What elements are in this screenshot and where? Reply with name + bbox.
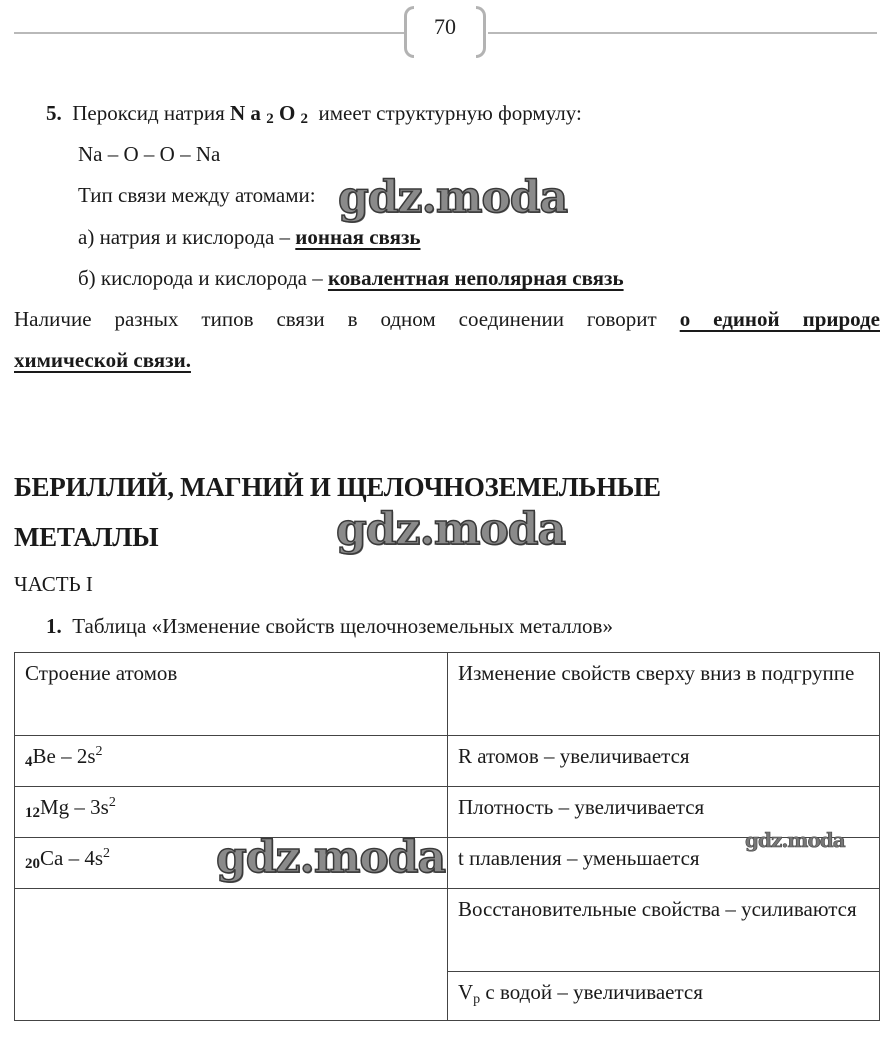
task5-statement: 5. Пероксид натрия N a 2 O 2 имеет струк… bbox=[46, 103, 582, 127]
task5-number: 5. bbox=[46, 101, 62, 125]
header-rule-left bbox=[14, 32, 406, 34]
page-header: 70 bbox=[0, 0, 893, 60]
conclusion-answer-part2: химической связи. bbox=[14, 348, 191, 372]
part-label: ЧАСТЬ I bbox=[14, 574, 93, 595]
conclusion-text: Наличие разных типов связи в одном соеди… bbox=[14, 307, 680, 331]
section-title-line2: МЕТАЛЛЫ bbox=[14, 524, 158, 551]
conclusion-line2: химической связи. bbox=[14, 350, 191, 371]
page-number-frame: 70 bbox=[404, 4, 486, 56]
header-rule-right bbox=[488, 32, 877, 34]
item-a-answer: ионная связь bbox=[295, 225, 420, 249]
task5-intro-end: имеет структурную формулу: bbox=[308, 101, 582, 125]
properties-table: Строение атомов Изменение свойств сверху… bbox=[14, 652, 880, 1021]
table-row: Восстановительные свойства – усиливаются bbox=[15, 889, 880, 972]
watermark-logo: gdz.moda bbox=[338, 176, 567, 220]
formula-na-subscript: 2 bbox=[266, 111, 274, 127]
table-cell-density: Плотность – увеличивается bbox=[448, 787, 880, 838]
table-cell-empty bbox=[15, 889, 448, 1021]
item-b-text: б) кислорода и кислорода – bbox=[78, 266, 328, 290]
formula-na: N a bbox=[230, 101, 266, 125]
table-row: 4Be – 2s2 R атомов – увеличивается bbox=[15, 736, 880, 787]
item-b: б) кислорода и кислорода – ковалентная н… bbox=[78, 268, 624, 289]
item-a: а) натрия и кислорода – ионная связь bbox=[78, 227, 421, 248]
formula-o-subscript: 2 bbox=[301, 111, 309, 127]
table-row: 20Ca – 4s2 t плавления – уменьшается bbox=[15, 838, 880, 889]
table-header-changes: Изменение свойств сверху вниз в подгрупп… bbox=[448, 653, 880, 736]
structural-formula: Na – O – O – Na bbox=[78, 144, 220, 165]
table-cell-reducing-properties: Восстановительные свойства – усиливаются bbox=[448, 889, 880, 972]
section-title-line1: БЕРИЛЛИЙ, МАГНИЙ И ЩЕЛОЧНОЗЕМЕЛЬНЫЕ bbox=[14, 474, 661, 501]
table-header-structure: Строение атомов bbox=[15, 653, 448, 736]
formula-o: O bbox=[274, 101, 301, 125]
conclusion-answer-part1: о единой природе bbox=[680, 307, 880, 331]
task1-number: 1. bbox=[46, 614, 62, 638]
item-b-answer: ковалентная неполярная связь bbox=[328, 266, 624, 290]
item-a-text: а) натрия и кислорода – bbox=[78, 225, 295, 249]
table-row: 12Mg – 3s2 Плотность – увеличивается bbox=[15, 787, 880, 838]
table-cell-melting-point: t плавления – уменьшается bbox=[448, 838, 880, 889]
table-cell-be: 4Be – 2s2 bbox=[15, 736, 448, 787]
conclusion-line1: Наличие разных типов связи в одном соеди… bbox=[14, 309, 880, 330]
table-header-row: Строение атомов Изменение свойств сверху… bbox=[15, 653, 880, 736]
task5-intro: Пероксид натрия bbox=[72, 101, 230, 125]
table-cell-reaction-rate: Vр с водой – увеличивается bbox=[448, 972, 880, 1021]
table-cell-radius: R атомов – увеличивается bbox=[448, 736, 880, 787]
page-number: 70 bbox=[404, 14, 486, 40]
watermark-logo: gdz.moda bbox=[336, 508, 565, 552]
bond-type-label: Тип связи между атомами: bbox=[78, 185, 316, 206]
task1-statement: 1. Таблица «Изменение свойств щелочнозем… bbox=[46, 616, 613, 637]
task1-title: Таблица «Изменение свойств щелочноземель… bbox=[72, 614, 613, 638]
table-cell-mg: 12Mg – 3s2 bbox=[15, 787, 448, 838]
table-cell-ca: 20Ca – 4s2 bbox=[15, 838, 448, 889]
